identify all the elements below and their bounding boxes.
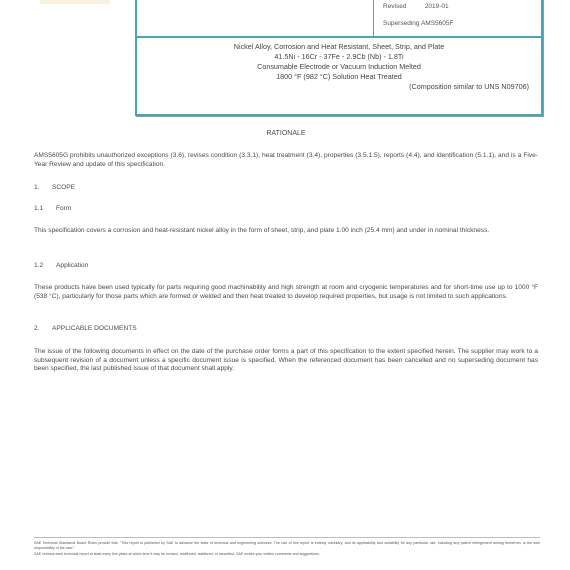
footer-divider xyxy=(34,537,540,538)
applicable-documents-text: The issue of the following documents in … xyxy=(34,348,538,374)
form-text: This specification covers a corrosion an… xyxy=(34,227,538,236)
section-title: SCOPE xyxy=(52,184,75,191)
section-number: 1. xyxy=(34,184,52,193)
rationale-heading: RATIONALE xyxy=(34,130,538,139)
section-number: 1.1 xyxy=(34,205,56,214)
rationale-text: AMS5605G prohibits unauthorized exceptio… xyxy=(34,152,538,169)
revised-label: Revised xyxy=(383,3,423,10)
section-number: 2. xyxy=(34,325,52,334)
section-heading-scope: 1.SCOPE xyxy=(34,184,75,193)
section-number: 1.2 xyxy=(34,262,56,271)
section-heading-application: 1.2Application xyxy=(34,262,88,271)
header-left-cell xyxy=(137,0,374,36)
footer-paragraph: SAE Technical Standards Board Rules prov… xyxy=(34,541,540,550)
footer-notice: SAE Technical Standards Board Rules prov… xyxy=(34,541,540,559)
section-title: APPLICABLE DOCUMENTS xyxy=(52,325,137,332)
title-line: 1800 °F (982 °C) Solution Heat Treated xyxy=(137,72,541,82)
application-text: These products have been used typically … xyxy=(34,284,538,301)
revised-row: Revised 2019-01 xyxy=(383,3,449,10)
section-title: Form xyxy=(56,205,71,212)
title-line: Nickel Alloy, Corrosion and Heat Resista… xyxy=(137,42,541,52)
section-heading-form: 1.1Form xyxy=(34,205,71,214)
footer-paragraph: SAE reviews each technical report at lea… xyxy=(34,552,540,557)
sae-logo-fragment xyxy=(40,0,110,4)
revised-value: 2019-01 xyxy=(425,3,449,10)
document-title: Nickel Alloy, Corrosion and Heat Resista… xyxy=(137,42,541,92)
superseding-label: Superseding xyxy=(383,20,420,27)
section-heading-applicable-documents: 2.APPLICABLE DOCUMENTS xyxy=(34,325,137,334)
superseding-value: AMS5605F xyxy=(421,20,454,27)
title-line: Consumable Electrode or Vacuum Induction… xyxy=(137,62,541,72)
header-meta-section: Revised 2019-01 Superseding AMS5605F xyxy=(137,0,541,38)
title-line: 41.5Ni - 16Cr - 37Fe - 2.9Cb (Nb) - 1.8T… xyxy=(137,52,541,62)
superseding-row: Superseding AMS5605F xyxy=(383,20,453,27)
section-title: Application xyxy=(56,262,88,269)
composition-note: (Composition similar to UNS N09706) xyxy=(137,82,541,92)
document-header-box: Revised 2019-01 Superseding AMS5605F Nic… xyxy=(135,0,543,116)
